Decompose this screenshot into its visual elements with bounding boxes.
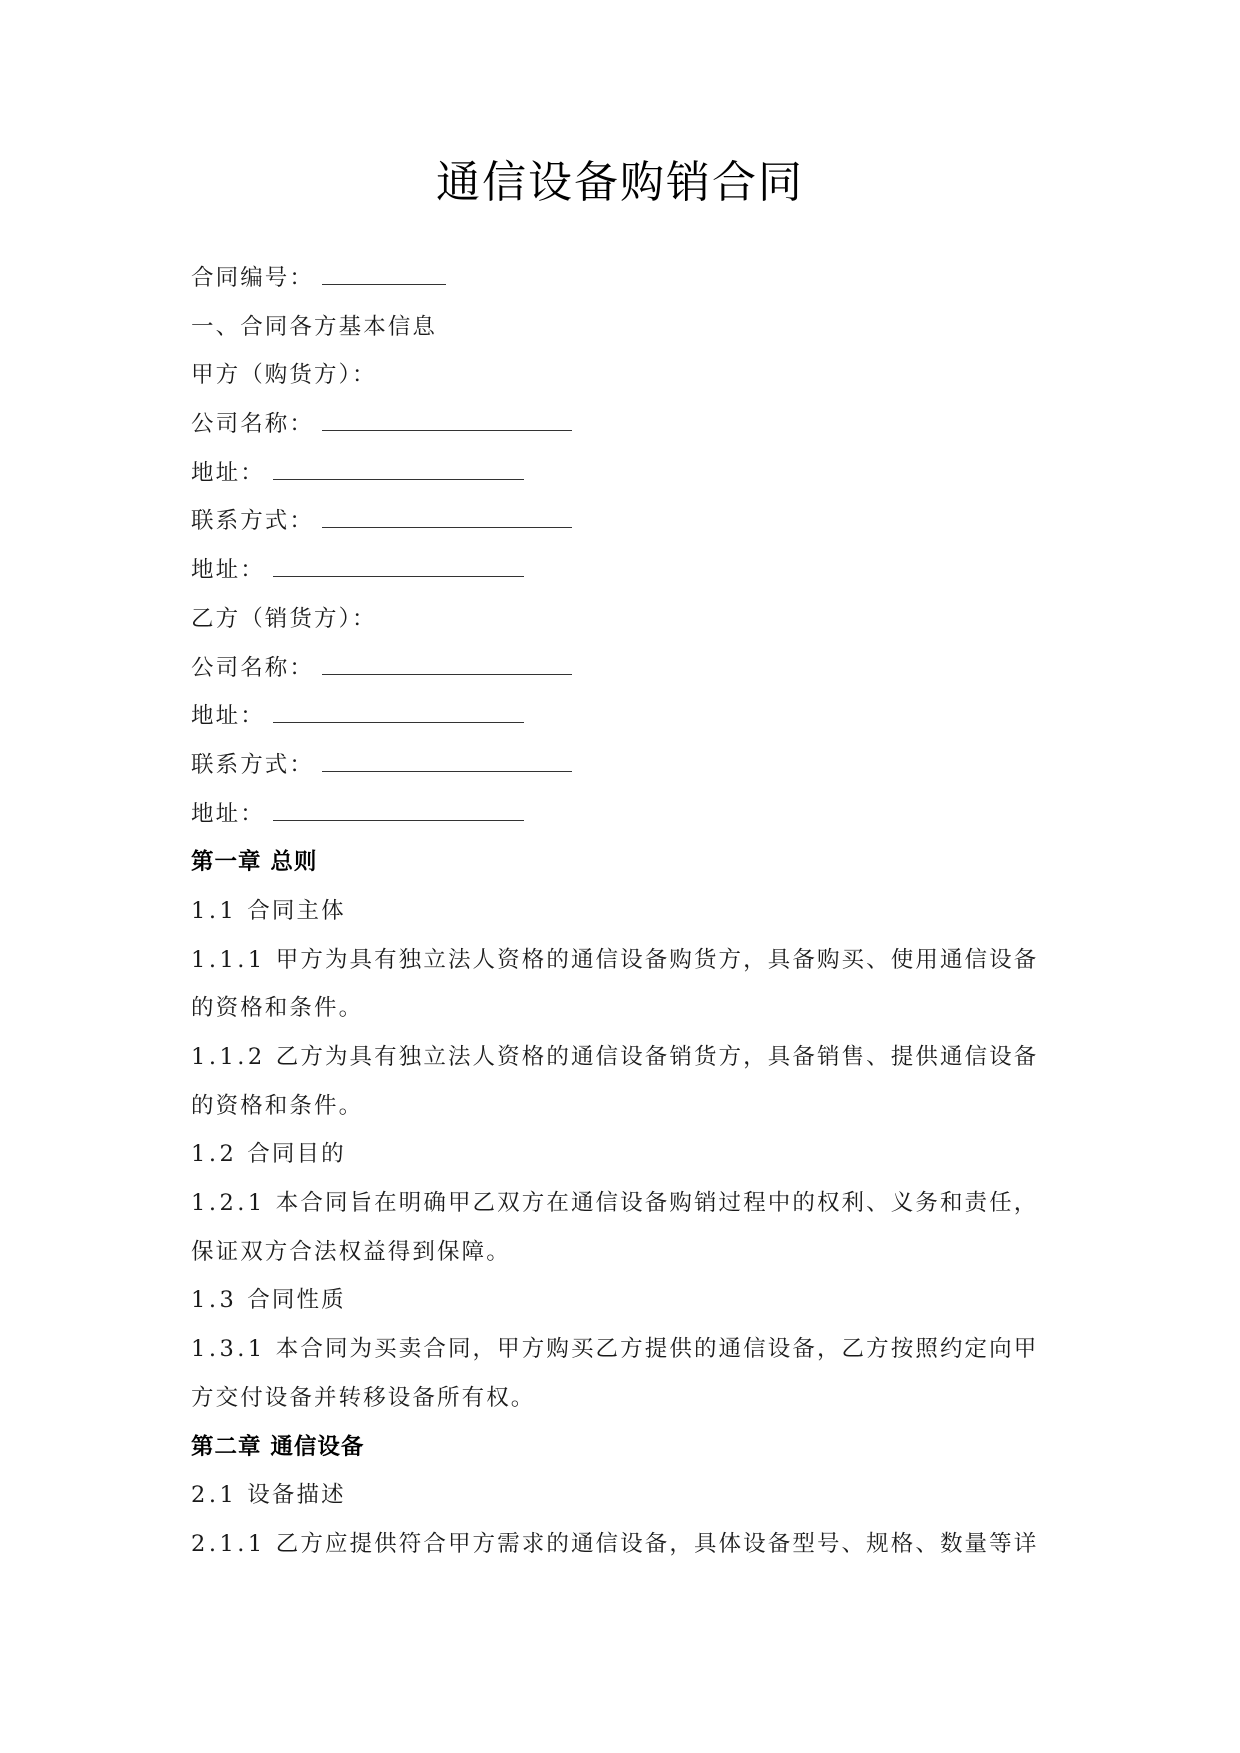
section-number: 1.1 bbox=[191, 898, 237, 924]
clause-text: 本合同旨在明确甲乙双方在通信设备购销过程中的权利、义务和责任， bbox=[276, 1190, 1039, 1216]
clause-text: 甲方为具有独立法人资格的通信设备购货方，具备购买、使用通信设备 bbox=[276, 947, 1039, 973]
contract-number-row: 合同编号： bbox=[191, 254, 1061, 303]
clause-1-1-2-cont: 的资格和条件。 bbox=[191, 1082, 1061, 1131]
clause-1-1-1-cont: 的资格和条件。 bbox=[191, 984, 1061, 1033]
contract-number-label: 合同编号： bbox=[191, 265, 314, 291]
party-b-address-blank[interactable] bbox=[273, 702, 524, 723]
clause-1-3-1-cont: 方交付设备并转移设备所有权。 bbox=[191, 1374, 1061, 1423]
clause-number: 1.3.1 bbox=[191, 1336, 266, 1362]
section-number: 2.1 bbox=[191, 1482, 237, 1508]
party-b-contact-row: 联系方式： bbox=[191, 741, 1061, 790]
party-b-company-blank[interactable] bbox=[322, 654, 572, 675]
chapter-2-heading: 第二章 通信设备 bbox=[191, 1423, 1061, 1472]
document-page: 通信设备购销合同 合同编号： 一、合同各方基本信息 甲方（购货方）： 公司名称：… bbox=[0, 0, 1240, 1753]
clause-2-1-1: 2.1.1乙方应提供符合甲方需求的通信设备，具体设备型号、规格、数量等详 bbox=[191, 1520, 1061, 1569]
party-a-company-row: 公司名称： bbox=[191, 400, 1061, 449]
section-1-3: 1.3合同性质 bbox=[191, 1276, 1061, 1325]
clause-1-1-2: 1.1.2乙方为具有独立法人资格的通信设备销货方，具备销售、提供通信设备 bbox=[191, 1033, 1061, 1082]
party-a-contact-blank[interactable] bbox=[322, 507, 572, 528]
section-number: 1.2 bbox=[191, 1141, 237, 1167]
party-a-contact-row: 联系方式： bbox=[191, 497, 1061, 546]
party-a-address-blank[interactable] bbox=[273, 459, 524, 480]
contract-number-blank[interactable] bbox=[322, 264, 446, 285]
clause-text: 本合同为买卖合同，甲方购买乙方提供的通信设备，乙方按照约定向甲 bbox=[276, 1336, 1039, 1362]
section-2-1: 2.1设备描述 bbox=[191, 1471, 1061, 1520]
field-label: 地址： bbox=[191, 801, 265, 827]
clause-text: 乙方为具有独立法人资格的通信设备销货方，具备销售、提供通信设备 bbox=[276, 1044, 1039, 1070]
party-b-contact-blank[interactable] bbox=[322, 751, 572, 772]
clause-1-2-1: 1.2.1本合同旨在明确甲乙双方在通信设备购销过程中的权利、义务和责任， bbox=[191, 1179, 1061, 1228]
document-title: 通信设备购销合同 bbox=[0, 158, 1240, 208]
section-1-2: 1.2合同目的 bbox=[191, 1130, 1061, 1179]
field-label: 公司名称： bbox=[191, 655, 314, 681]
party-b-address-row: 地址： bbox=[191, 692, 1061, 741]
party-b-heading: 乙方（销货方）： bbox=[191, 595, 1061, 644]
field-label: 公司名称： bbox=[191, 411, 314, 437]
field-label: 地址： bbox=[191, 460, 265, 486]
field-label: 联系方式： bbox=[191, 508, 314, 534]
party-b-address2-row: 地址： bbox=[191, 790, 1061, 839]
clause-number: 1.1.1 bbox=[191, 947, 266, 973]
section-title: 合同目的 bbox=[247, 1141, 345, 1167]
section-title: 合同主体 bbox=[247, 898, 345, 924]
section-title: 设备描述 bbox=[247, 1482, 345, 1508]
document-body: 合同编号： 一、合同各方基本信息 甲方（购货方）： 公司名称： 地址： 联系方式… bbox=[191, 254, 1061, 1569]
chapter-1-heading: 第一章 总则 bbox=[191, 838, 1061, 887]
clause-1-1-1: 1.1.1甲方为具有独立法人资格的通信设备购货方，具备购买、使用通信设备 bbox=[191, 936, 1061, 985]
party-a-heading: 甲方（购货方）： bbox=[191, 351, 1061, 400]
party-a-address2-blank[interactable] bbox=[273, 556, 524, 577]
clause-number: 1.1.2 bbox=[191, 1044, 266, 1070]
clause-1-3-1: 1.3.1本合同为买卖合同，甲方购买乙方提供的通信设备，乙方按照约定向甲 bbox=[191, 1325, 1061, 1374]
party-a-address2-row: 地址： bbox=[191, 546, 1061, 595]
field-label: 联系方式： bbox=[191, 752, 314, 778]
clause-1-2-1-cont: 保证双方合法权益得到保障。 bbox=[191, 1228, 1061, 1277]
section-1-1: 1.1合同主体 bbox=[191, 887, 1061, 936]
field-label: 地址： bbox=[191, 557, 265, 583]
section-one-heading: 一、合同各方基本信息 bbox=[191, 303, 1061, 352]
party-b-address2-blank[interactable] bbox=[273, 800, 524, 821]
party-b-company-row: 公司名称： bbox=[191, 644, 1061, 693]
section-title: 合同性质 bbox=[247, 1287, 345, 1313]
party-a-address-row: 地址： bbox=[191, 449, 1061, 498]
clause-text: 乙方应提供符合甲方需求的通信设备，具体设备型号、规格、数量等详 bbox=[276, 1531, 1039, 1557]
party-a-company-blank[interactable] bbox=[322, 410, 572, 431]
section-number: 1.3 bbox=[191, 1287, 237, 1313]
field-label: 地址： bbox=[191, 703, 265, 729]
clause-number: 1.2.1 bbox=[191, 1190, 266, 1216]
clause-number: 2.1.1 bbox=[191, 1531, 266, 1557]
